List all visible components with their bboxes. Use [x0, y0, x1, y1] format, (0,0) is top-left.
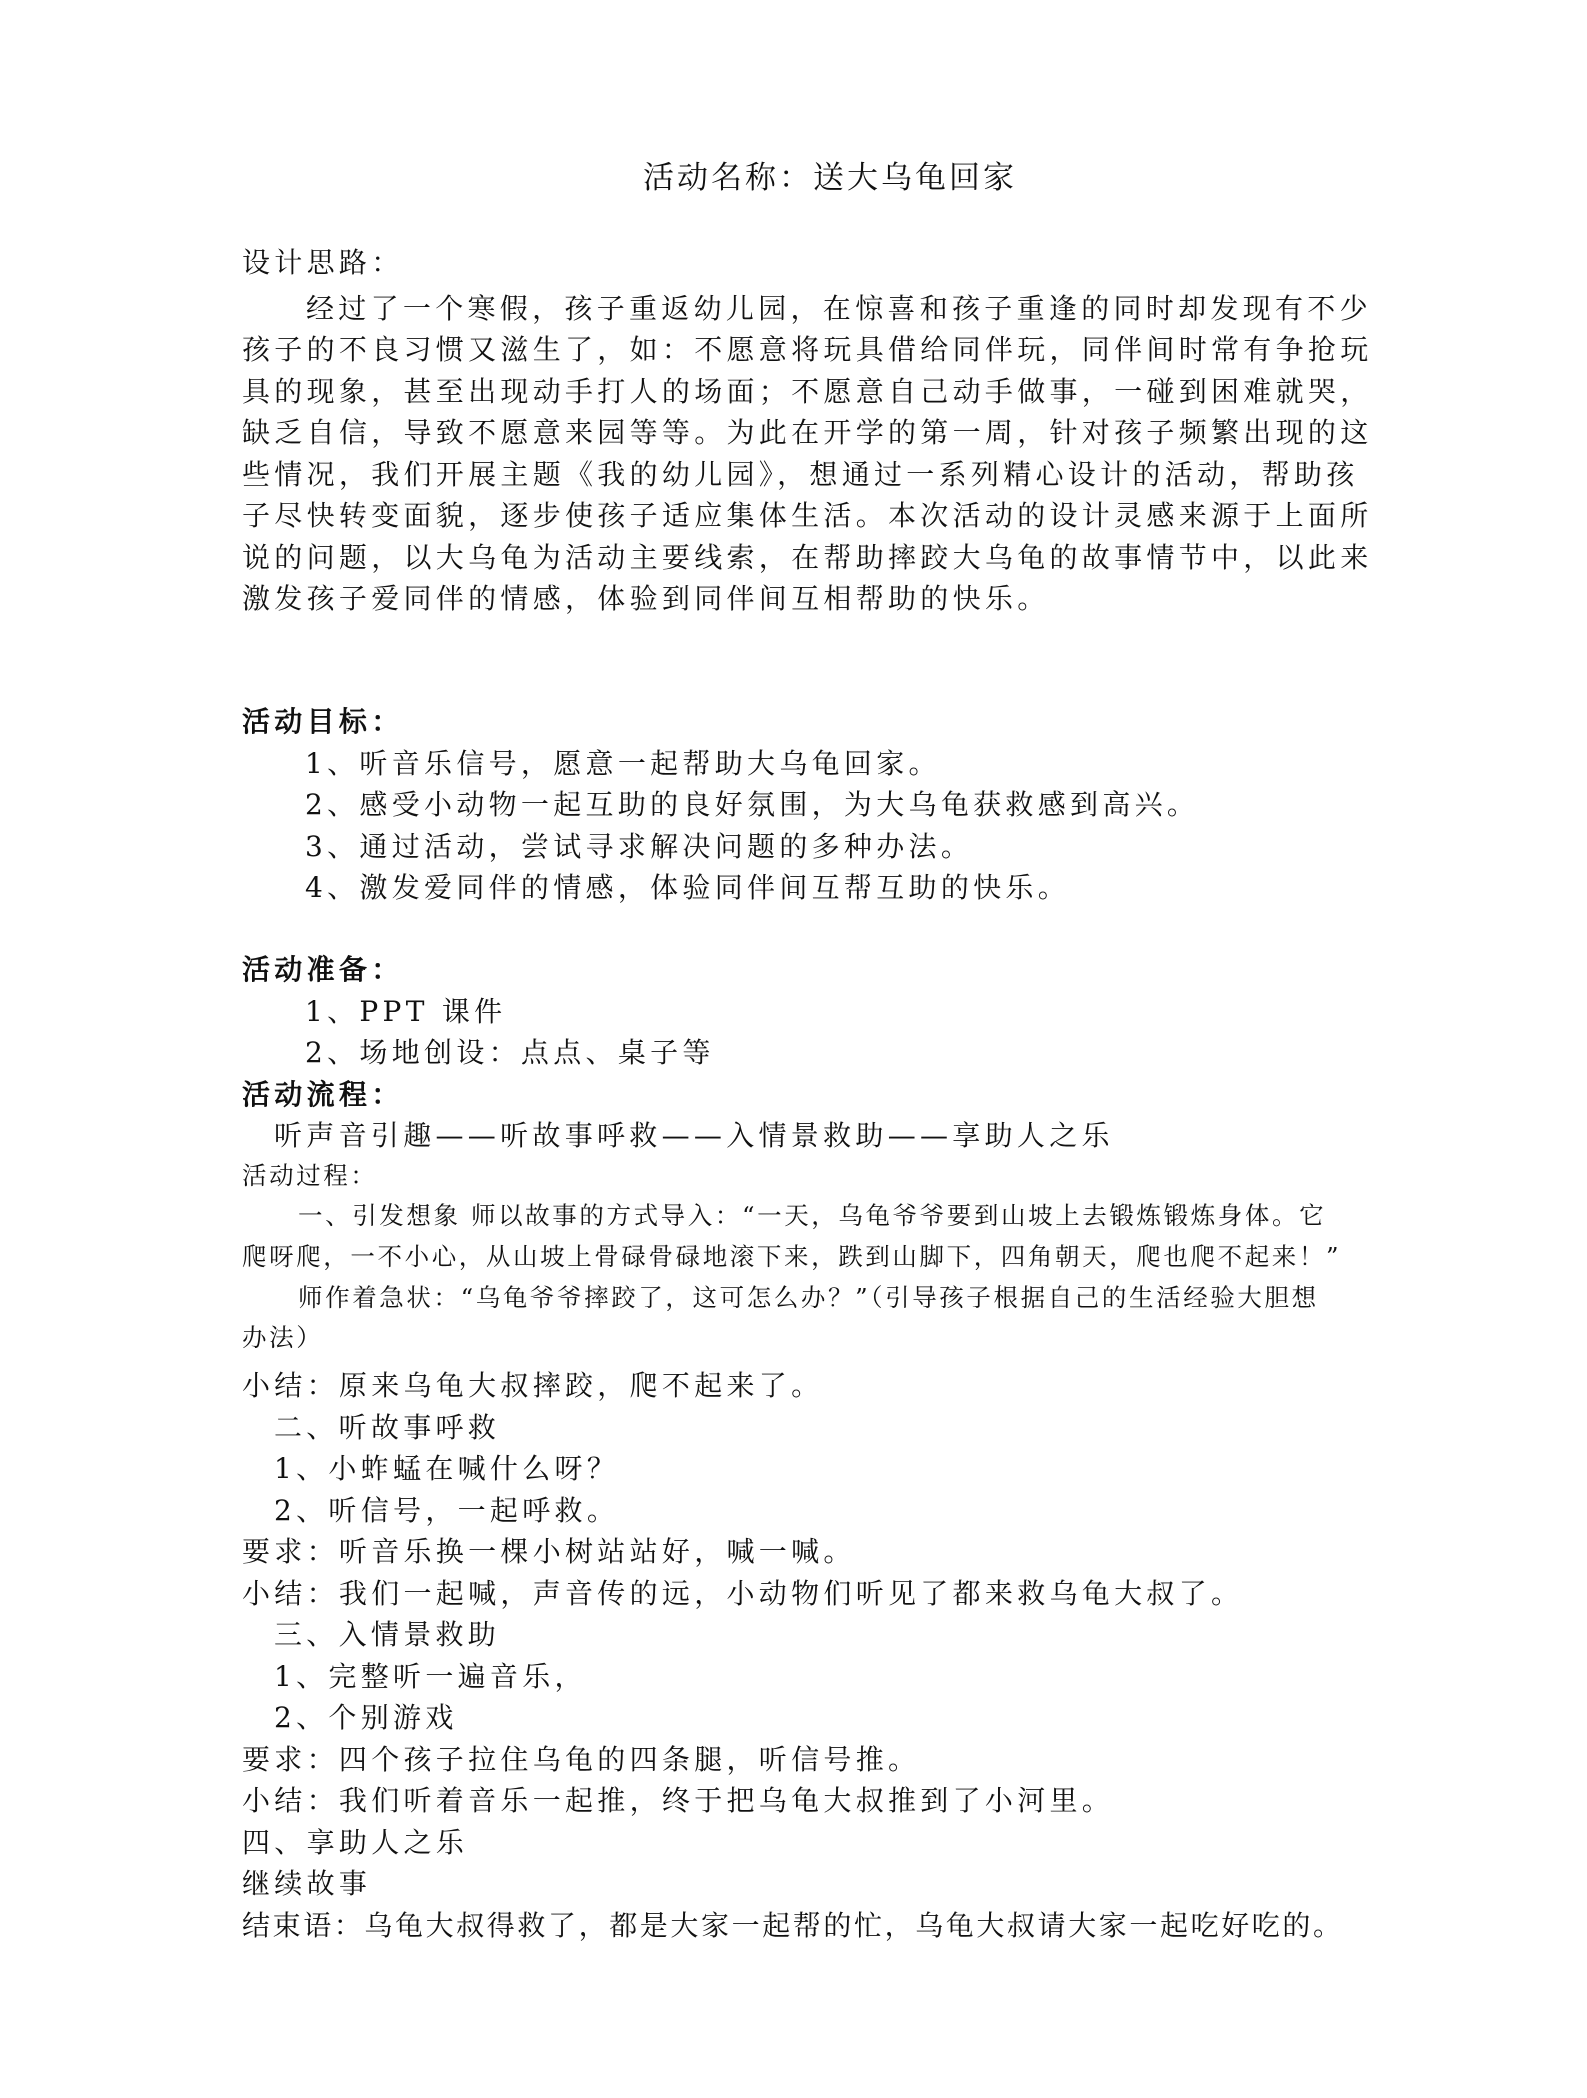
- flow-heading: 活动流程：: [242, 1081, 404, 1109]
- part2-item: 2、听信号，一起呼救。: [274, 1497, 619, 1525]
- process-intro-line: 办法）: [242, 1326, 323, 1351]
- part4-line: 继续故事: [242, 1870, 371, 1898]
- design-idea-line: 些情况，我们开展主题《我的幼儿园》，想通过一系列精心设计的活动，帮助孩: [242, 461, 1359, 489]
- design-idea-line: 激发孩子爱同伴的情感，体验到同伴间互相帮助的快乐。: [242, 585, 1050, 613]
- design-idea-line: 具的现象，甚至出现动手打人的场面；不愿意自己动手做事，一碰到困难就哭，: [242, 378, 1373, 406]
- part3-summary: 小结：我们听着音乐一起推，终于把乌龟大叔推到了小河里。: [242, 1787, 1114, 1815]
- design-idea-line: 缺乏自信，导致不愿意来园等等。为此在开学的第一周，针对孩子频繁出现的这: [242, 419, 1373, 447]
- preparation-item: 1、PPT 课件: [305, 998, 506, 1026]
- design-idea-heading: 设计思路：: [242, 249, 404, 277]
- design-idea-line: 经过了一个寒假，孩子重返幼儿园，在惊喜和孩子重逢的同时却发现有不少: [306, 295, 1372, 323]
- preparation-heading: 活动准备：: [242, 956, 404, 984]
- design-idea-line: 子尽快转变面貌，逐步使孩子适应集体生活。本次活动的设计灵感来源于上面所: [242, 502, 1373, 530]
- flow-summary: 听声音引趣——听故事呼救——入情景救助——享助人之乐: [274, 1122, 1114, 1150]
- goal-item: 4、激发爱同伴的情感，体验同伴间互帮互助的快乐。: [305, 874, 1070, 902]
- document-title: 活动名称：送大乌龟回家: [0, 163, 1587, 194]
- part4-heading: 四、享助人之乐: [242, 1829, 468, 1857]
- part2-summary: 小结：我们一起喊，声音传的远，小动物们听见了都来救乌龟大叔了。: [242, 1580, 1243, 1608]
- part2-item: 1、小蚱蜢在喊什么呀？: [274, 1455, 619, 1483]
- preparation-item: 2、场地创设：点点、桌子等: [305, 1039, 715, 1067]
- process-intro-line: 爬呀爬，一不小心，从山坡上骨碌骨碌地滚下来，跌到山脚下，四角朝天，爬也爬不起来！…: [242, 1245, 1341, 1270]
- document-page: 活动名称：送大乌龟回家 设计思路： 经过了一个寒假，孩子重返幼儿园，在惊喜和孩子…: [0, 0, 1587, 2098]
- process-intro-line: 师作着急状：“乌龟爷爷摔跤了，这可怎么办？”（引导孩子根据自己的生活经验大胆想: [298, 1286, 1319, 1311]
- goal-item: 2、感受小动物一起互助的良好氛围，为大乌龟获救感到高兴。: [305, 791, 1199, 819]
- design-idea-line: 说的问题，以大乌龟为活动主要线索，在帮助摔跤大乌龟的故事情节中，以此来: [242, 544, 1373, 572]
- part2-requirement: 要求：听音乐换一棵小树站站好，喊一喊。: [242, 1538, 856, 1566]
- process-heading: 活动过程：: [242, 1164, 378, 1189]
- part3-item: 1、完整听一遍音乐，: [274, 1663, 587, 1691]
- goal-item: 1、听音乐信号，愿意一起帮助大乌龟回家。: [305, 750, 941, 778]
- part3-requirement: 要求：四个孩子拉住乌龟的四条腿，听信号推。: [242, 1746, 920, 1774]
- goals-heading: 活动目标：: [242, 708, 404, 736]
- goal-item: 3、通过活动，尝试寻求解决问题的多种办法。: [305, 833, 973, 861]
- process-intro-line: 一、引发想象 师以故事的方式导入：“一天，乌龟爷爷要到山坡上去锻炼锻炼身体。它: [298, 1204, 1326, 1229]
- process-summary: 小结：原来乌龟大叔摔跤，爬不起来了。: [242, 1372, 823, 1400]
- design-idea-line: 孩子的不良习惯又滋生了，如：不愿意将玩具借给同伴玩，同伴间时常有争抢玩: [242, 336, 1373, 364]
- part3-item: 2、个别游戏: [274, 1704, 458, 1732]
- closing-remark: 结束语：乌龟大叔得救了，都是大家一起帮的忙，乌龟大叔请大家一起吃好吃的。: [242, 1912, 1344, 1940]
- part2-heading: 二、听故事呼救: [274, 1414, 500, 1442]
- part3-heading: 三、入情景救助: [274, 1621, 500, 1649]
